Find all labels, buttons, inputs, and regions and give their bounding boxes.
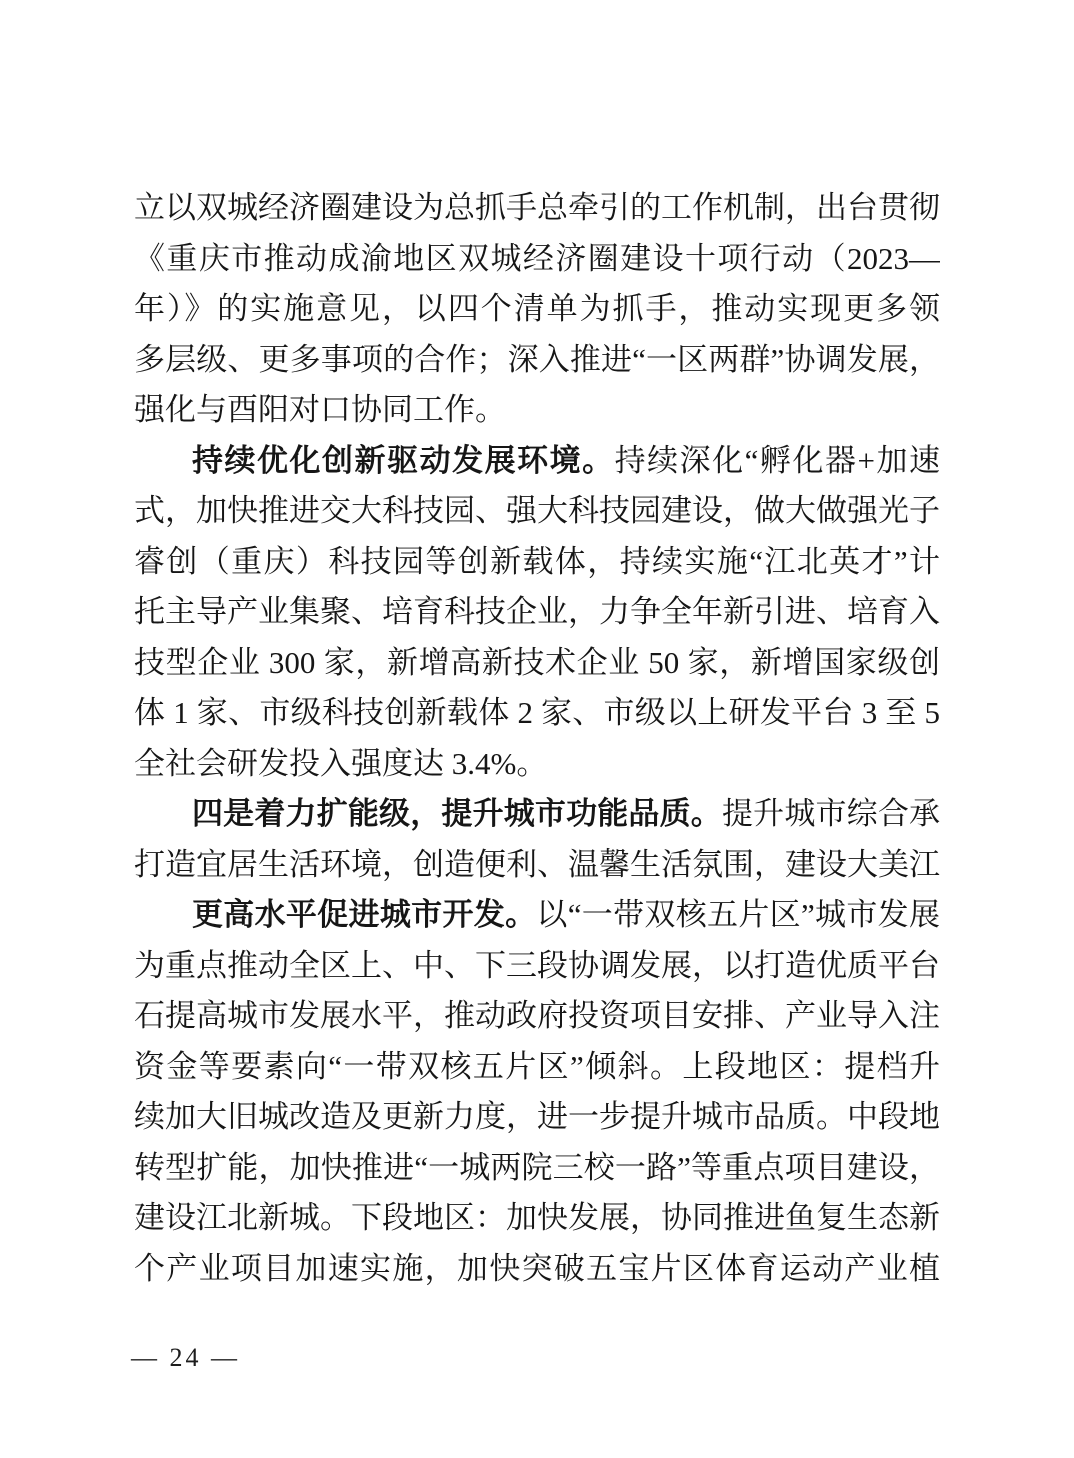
text-line: 《重庆市推动成渝地区双城经济圈建设十项行动（2023—2027 [134,234,940,285]
text-block: 立以双城经济圈建设为总抓手总牵引的工作机制，出台贯彻落实《重庆市推动成渝地区双城… [134,183,940,1294]
paragraph: 立以双城经济圈建设为总抓手总牵引的工作机制，出台贯彻落实《重庆市推动成渝地区双城… [134,183,940,436]
text-line: 更高水平促进城市开发。以“一带双核五片区”城市发展布局 [134,890,940,941]
text-line: 立以双城经济圈建设为总抓手总牵引的工作机制，出台贯彻落实 [134,183,940,234]
text-line: 睿创（重庆）科技园等创新载体，持续实施“江北英才”计划，依 [134,537,940,588]
line-text: 个产业项目加速实施，加快突破五宝片区体育运动产业植入。 [134,1251,940,1295]
line-text: 转型扩能，加快推进“一城两院三校一路”等重点项目建设，突破 [134,1150,940,1194]
line-text: 建设江北新城。下段地区：加快发展，协同推进鱼复生态新城 47 [134,1200,940,1244]
document-page: 立以双城经济圈建设为总抓手总牵引的工作机制，出台贯彻落实《重庆市推动成渝地区双城… [0,0,1074,1458]
text-line: 全社会研发投入强度达 3.4%。 [134,739,940,790]
text-line: 石提高城市发展水平，推动政府投资项目安排、产业导入注入和 [134,991,940,1042]
text-line: 四是着力扩能级，提升城市功能品质。提升城市综合承载力， [134,789,940,840]
line-text: 打造宜居生活环境，创造便利、温馨生活氛围，建设大美江北。 [134,847,940,891]
text-line: 打造宜居生活环境，创造便利、温馨生活氛围，建设大美江北。 [134,840,940,891]
paragraph: 持续优化创新驱动发展环境。持续深化“孵化器+加速器”模式，加快推进交大科技园、强… [134,436,940,790]
text-line: 续加大旧城改造及更新力度，进一步提升城市品质。中段地区： [134,1092,940,1143]
page-number: — 24 — [131,1343,240,1372]
text-line: 技型企业 300 家，新增高新技术企业 50 家，新增国家级创新载 [134,638,940,689]
line-text: 《重庆市推动成渝地区双城经济圈建设十项行动（2023—2027 [134,241,940,285]
text-line: 托主导产业集聚、培育科技企业，力争全年新引进、培育入库科 [134,587,940,638]
line-text: 睿创（重庆）科技园等创新载体，持续实施“江北英才”计划，依 [134,544,940,588]
line-text: 年）》的实施意见，以四个清单为抓手，推动实现更多领域、更 [134,291,940,335]
text-line: 建设江北新城。下段地区：加快发展，协同推进鱼复生态新城 47 [134,1193,940,1244]
text-line: 转型扩能，加快推进“一城两院三校一路”等重点项目建设，突破 [134,1143,940,1194]
text-line: 年）》的实施意见，以四个清单为抓手，推动实现更多领域、更 [134,284,940,335]
line-text: 续加大旧城改造及更新力度，进一步提升城市品质。中段地区： [134,1099,940,1143]
text-line: 为重点推动全区上、中、下三段协调发展，以打造优质平台为基 [134,941,940,992]
line-text: 石提高城市发展水平，推动政府投资项目安排、产业导入注入和 [134,998,940,1042]
paragraph: 更高水平促进城市开发。以“一带双核五片区”城市发展布局为重点推动全区上、中、下三… [134,890,940,1294]
text-line: 个产业项目加速实施，加快突破五宝片区体育运动产业植入。 [134,1244,940,1295]
line-text: 托主导产业集聚、培育科技企业，力争全年新引进、培育入库科 [134,594,940,638]
line-text: 多层级、更多事项的合作；深入推进“一区两群”协调发展，不断 [134,342,940,386]
line-text: 资金等要素向“一带双核五片区”倾斜。上段地区：提档升级，持 [134,1049,940,1093]
line-text: 体 1 家、市级科技创新载体 2 家、市级以上研发平台 3 至 5 家， [134,695,940,739]
text-line: 多层级、更多事项的合作；深入推进“一区两群”协调发展，不断 [134,335,940,386]
page-footer: — 24 — [131,1341,240,1375]
line-text: 立以双城经济圈建设为总抓手总牵引的工作机制，出台贯彻落实 [134,190,940,234]
line-text: 技型企业 300 家，新增高新技术企业 50 家，新增国家级创新载 [134,645,940,689]
line-text: 式，加快推进交大科技园、强大科技园建设，做大做强光子空间、 [134,493,940,537]
line-text: 强化与酉阳对口协同工作。 [134,392,506,427]
bold-lead: 更高水平促进城市开发。 [192,897,536,932]
paragraph: 四是着力扩能级，提升城市功能品质。提升城市综合承载力，打造宜居生活环境，创造便利… [134,789,940,890]
text-line: 式，加快推进交大科技园、强大科技园建设，做大做强光子空间、 [134,486,940,537]
line-text: 为重点推动全区上、中、下三段协调发展，以打造优质平台为基 [134,948,940,992]
text-line: 体 1 家、市级科技创新载体 2 家、市级以上研发平台 3 至 5 家， [134,688,940,739]
text-line: 资金等要素向“一带双核五片区”倾斜。上段地区：提档升级，持 [134,1042,940,1093]
line-text: 全社会研发投入强度达 3.4%。 [134,746,547,781]
text-line: 强化与酉阳对口协同工作。 [134,385,940,436]
text-line: 持续优化创新驱动发展环境。持续深化“孵化器+加速器”模 [134,436,940,487]
bold-lead: 持续优化创新驱动发展环境。 [192,443,615,478]
bold-lead: 四是着力扩能级，提升城市功能品质。 [192,796,722,831]
